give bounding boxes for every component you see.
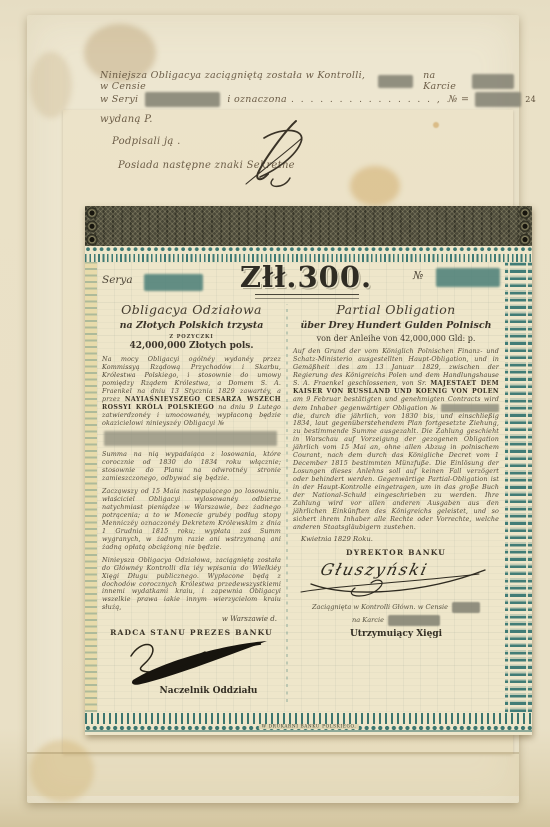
face-value-underline [255,294,359,299]
certificate: W DRUKARNI BANKU POLSKIEGO. Serya Złł.30… [85,206,532,735]
ornamental-border-left [85,262,97,712]
rosette-ornament [518,206,532,246]
certificate-body: Serya Złł.300. № Obligacya Odziałowa na … [97,262,505,712]
registration-line-2: na Karcie [293,615,499,626]
number-sign: № [413,269,423,282]
handwritten-line-3: wydaną P. [100,114,153,125]
handwritten-text: i oznaczona [227,94,287,105]
redacted-value [388,615,440,626]
handwritten-line-2: w Seryi i oznaczona . . . . . . . . . . … [100,92,536,107]
german-loan-line: von der Anleihe von 42,000,000 Gld: p. [293,334,499,343]
bookkeeper-title: Utrzymuiący Xięgi [293,629,499,639]
registration-line-1: Zaciągnięta w Kontrolli Główn. w Censie [293,602,499,613]
redacted-number [475,92,521,107]
redacted-number [436,268,500,287]
polish-paragraph-4: Ninieysza Obligacya Odziałowa, zaciągnię… [102,557,281,613]
polish-column: Obligacya Odziałowa na Złotych Polskich … [102,302,281,696]
polish-subtitle: na Złotych Polskich trzysta [102,320,281,331]
president-ink-signature [109,638,274,686]
handwritten-line-1: Niniejsza Obligacya zaciągniętą została … [100,70,514,92]
polish-paragraph-3: Zacząwszy od 15 Maia następuiącego po lo… [102,488,281,552]
number-sign: № = [448,94,469,105]
rosette-ornament [85,206,99,246]
sheet-lower-band [27,754,519,796]
printer-imprint: W DRUKARNI BANKU POLSKIEGO. [258,724,358,729]
redacted-value [378,75,413,88]
paragraph-text: die, durch die jährlich, von 1830 bis, u… [293,412,499,531]
date-line: Kwietnia 1829 Roku. [293,535,499,543]
loan-amount: 42,000,000 Złotych pols. [102,341,281,351]
german-paragraph: Auf den Grund der vom Königlich Polnisch… [293,348,499,532]
handwritten-note: 24 [525,95,536,104]
handwritten-text: na Karcie [423,70,465,92]
redacted-serya [144,274,203,291]
handwritten-text: w Seryi [100,94,138,105]
ink-monogram-signature [240,116,326,192]
dotted-line: . . . . . . . . . . . . . . . , . . . . [287,95,448,105]
place-line: w Warszawie d. [102,615,281,623]
redacted-value [452,602,480,613]
polish-paragraph-1: Na mocy Obligacyi ogólnéy wydanéy przez … [102,356,281,427]
director-title: DYREKTOR BANKU [293,548,499,557]
face-value: Złł.300. [231,260,381,294]
handwritten-line-4: Podpisali ją . [112,136,181,147]
director-signature-name: Głuszyński [319,560,431,579]
ornamental-border-bottom: W DRUKARNI BANKU POLSKIEGO. [85,712,532,735]
redacted-band [104,431,277,446]
serya-label: Serya [102,274,133,286]
guilloche-band [85,206,532,246]
redacted-value [472,74,514,89]
registration-text: na Karcie [352,616,384,624]
handwritten-text: Niniejsza Obligacya zaciągniętą została … [100,70,370,92]
german-column: Partial Obligation über Drey Hundert Gul… [293,302,499,639]
president-signature-block [102,638,281,686]
registration-text: Zaciągnięta w Kontrolli Główn. w Censie [312,603,448,611]
polish-paragraph-2: Summa na nią wypadaiąca z losowania, któ… [102,451,281,483]
column-divider [286,304,288,702]
redacted-series [145,92,220,107]
department-head-title: Naczelnik Oddziału [102,686,281,696]
loan-label: Z POŻYCZKI [115,334,267,340]
redacted-number-inline [441,404,499,412]
ornamental-border-right [505,262,532,712]
german-subtitle: über Drey Hundert Gulden Polnisch [293,320,499,331]
president-title: RADCA STANU PREZES BANKU [102,628,281,637]
director-signature-block: Głuszyński [293,558,499,600]
german-title: Partial Obligation [293,302,499,317]
bond-certificate-photo: Niniejsza Obligacya zaciągniętą została … [0,0,550,827]
polish-title: Obligacya Odziałowa [102,302,281,317]
